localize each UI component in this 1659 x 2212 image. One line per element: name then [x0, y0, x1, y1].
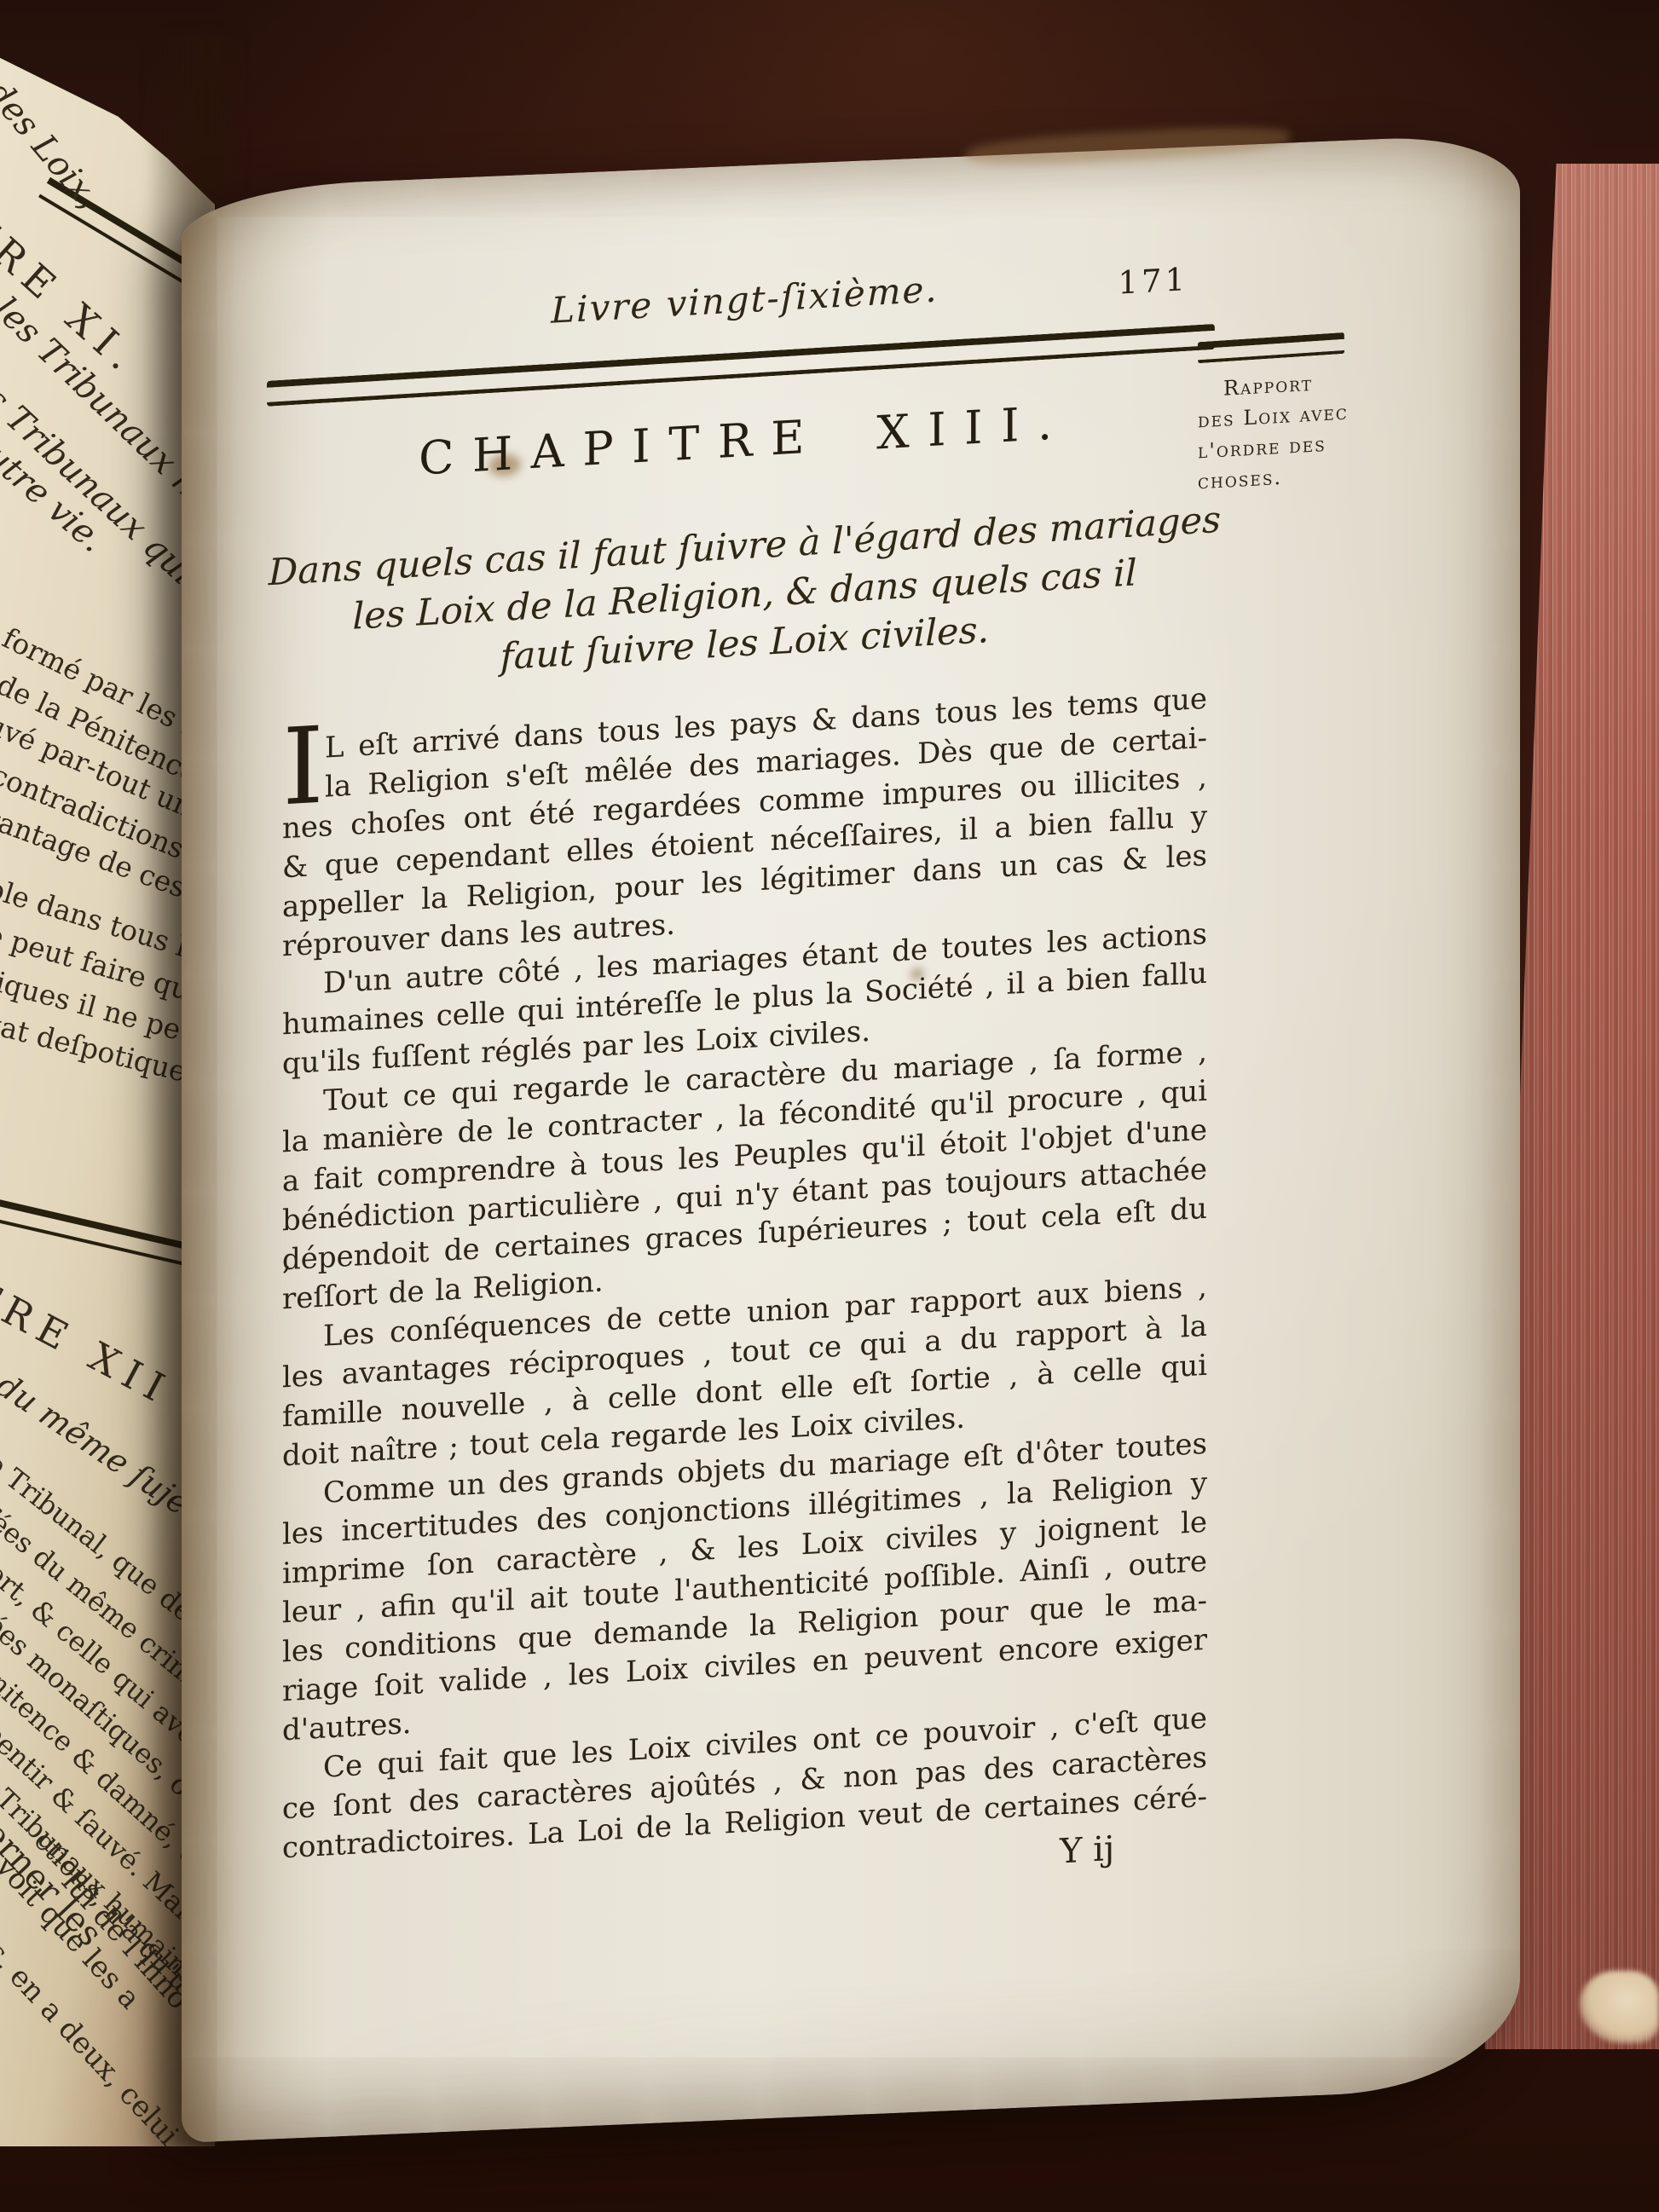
- paragraph: Comme un des grands objets du mariage eſ…: [282, 1424, 1207, 1751]
- margin-note-rule: [1198, 332, 1344, 363]
- drop-cap-initial: I: [282, 729, 325, 810]
- right-page: Rapport des Loix avec l'ordre des choses…: [182, 133, 1520, 2143]
- chapter-heading: CHAPITRE XIII.: [282, 388, 1207, 494]
- page-content: Rapport des Loix avec l'ordre des choses…: [182, 114, 1520, 2143]
- text-column: Livre vingt-ſixième. 171 CHAPITRE XIII. …: [282, 132, 1207, 2138]
- page-number: 171: [1118, 261, 1188, 302]
- chapter-subtitle: Dans quels cas il faut ſuivre à l'égard …: [257, 495, 1233, 696]
- body-text: I L eſt arrivé dans tous les pays & dans…: [282, 679, 1207, 1868]
- open-book-photo: des Loix, TRE XI. les Tribunaux hu les T…: [0, 0, 1659, 2212]
- margin-note: Rapport des Loix avec l'ordre des choses…: [1198, 332, 1350, 497]
